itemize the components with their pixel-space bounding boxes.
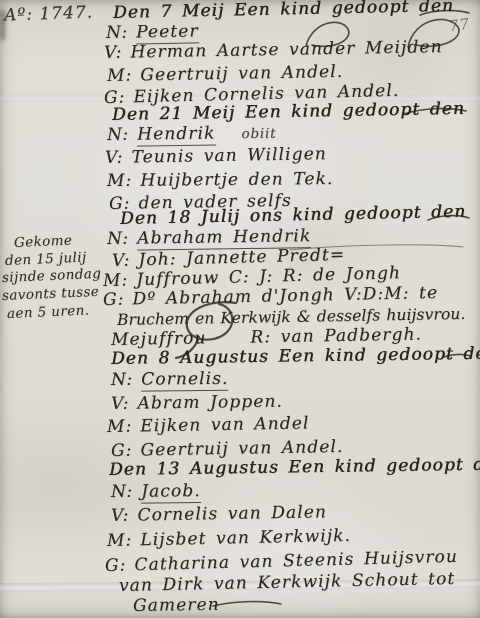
flourish-stroke (213, 602, 281, 606)
margin-note-line: sijnde sondag (2, 266, 102, 286)
record-prefix: V: (111, 506, 130, 526)
record-prefix: V: (112, 251, 131, 271)
baptism-record-line: V:Cornelis van Dalen (111, 502, 327, 526)
record-text: Eijken van Andel (140, 413, 309, 436)
record-prefix: G: (111, 441, 133, 461)
record-text: Cornelis. (141, 369, 229, 392)
page-number: 77 (448, 15, 471, 36)
baptism-record-line: N:Hendrikobiit (107, 123, 277, 145)
record-text: Abram Joppen. (137, 392, 283, 414)
margin-note-line: aen 5 uren. (7, 302, 90, 322)
obiit-note: obiit (241, 126, 276, 142)
record-prefix: M: (107, 171, 133, 191)
record-text: Jacob. (141, 481, 201, 504)
baptism-record-line: N:Cornelis. (111, 369, 229, 390)
record-prefix: N: (107, 229, 129, 249)
record-prefix: G: (103, 290, 125, 310)
record-text: Gameren (133, 595, 220, 616)
year-label: Aº: 1747. (4, 2, 94, 25)
manuscript-page: Aº: 1747. 77 Den 7 Meij Een kind gedoopt… (0, 0, 480, 618)
record-text: Mejuffrou (111, 328, 207, 350)
margin-note-line: savonts tusse (2, 284, 100, 304)
record-prefix: G: (105, 555, 127, 576)
baptism-record-line: N:Peeter (106, 21, 199, 43)
record-text: Lijsbet van Kerkwijk. (140, 526, 351, 550)
baptism-record-line: Gameren (133, 595, 220, 616)
record-prefix: M: (107, 417, 133, 437)
record-text: Huijbertje den Tek. (140, 169, 333, 191)
record-text: Cornelis van Dalen (137, 502, 327, 525)
baptism-record-line: M:Lijsbet van Kerkwijk. (107, 526, 352, 551)
baptism-entry-heading: Den 8 Augustus Een kind gedoopt den (111, 344, 480, 369)
margin-note-line: Gekome (14, 232, 73, 251)
record-prefix: M: (103, 270, 129, 291)
record-prefix: N: (111, 482, 133, 502)
baptism-entry-heading: Den 7 Meij Een kind gedoopt den (113, 0, 454, 23)
record-prefix: N: (107, 125, 129, 145)
record-text: Teunis van Willigen (131, 144, 327, 167)
record-text: Hendrik (137, 123, 216, 146)
record-text: Herman Aartse vander Meijden (130, 37, 443, 62)
record-prefix: N: (106, 23, 129, 43)
record-prefix: M: (107, 530, 133, 551)
record-prefix: N: (111, 370, 133, 390)
baptism-record-line: V:Teunis van Willigen (105, 144, 327, 168)
baptism-record-line: M:Huijbertje den Tek. (107, 169, 334, 191)
record-prefix: V: (105, 148, 124, 168)
record-prefix: V: (104, 43, 123, 63)
record-prefix: V: (111, 394, 130, 414)
record-prefix: M: (107, 66, 133, 86)
baptism-record-line: N:Jacob. (111, 481, 201, 502)
baptism-record-line: V:Abram Joppen. (111, 392, 283, 414)
baptism-entry-heading: Den 13 Augustus Een kind gedoopt den (109, 454, 480, 480)
baptism-record-line: M:Eijken van Andel (107, 413, 310, 437)
